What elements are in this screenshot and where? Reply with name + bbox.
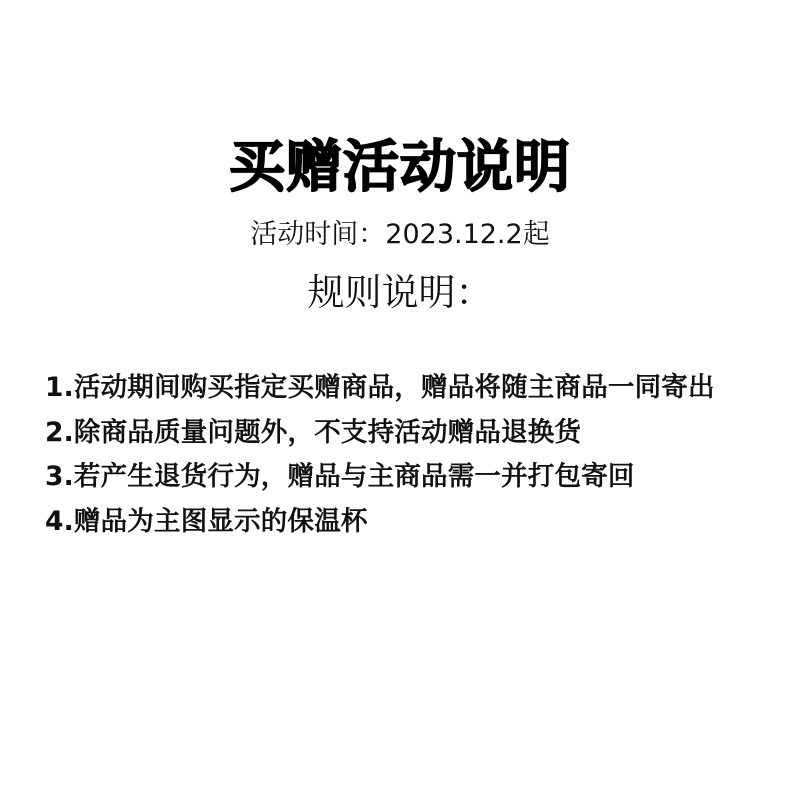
rules-heading: 规则说明： (0, 266, 800, 320)
page-title: 买赠活动说明 (0, 132, 800, 204)
promotion-notice-page: 买赠活动说明 活动时间：2023.12.2起 规则说明： 1.活动期间购买指定买… (0, 0, 800, 800)
rule-item-4: 4.赠品为主图显示的保温杯 (45, 500, 715, 545)
activity-period: 活动时间：2023.12.2起 (0, 216, 800, 254)
rule-item-1: 1.活动期间购买指定买赠商品，赠品将随主商品一同寄出 (45, 366, 715, 411)
rule-item-2: 2.除商品质量问题外，不支持活动赠品退换货 (45, 411, 715, 456)
rules-list: 1.活动期间购买指定买赠商品，赠品将随主商品一同寄出 2.除商品质量问题外，不支… (45, 366, 715, 544)
rule-item-3: 3.若产生退货行为，赠品与主商品需一并打包寄回 (45, 455, 715, 500)
